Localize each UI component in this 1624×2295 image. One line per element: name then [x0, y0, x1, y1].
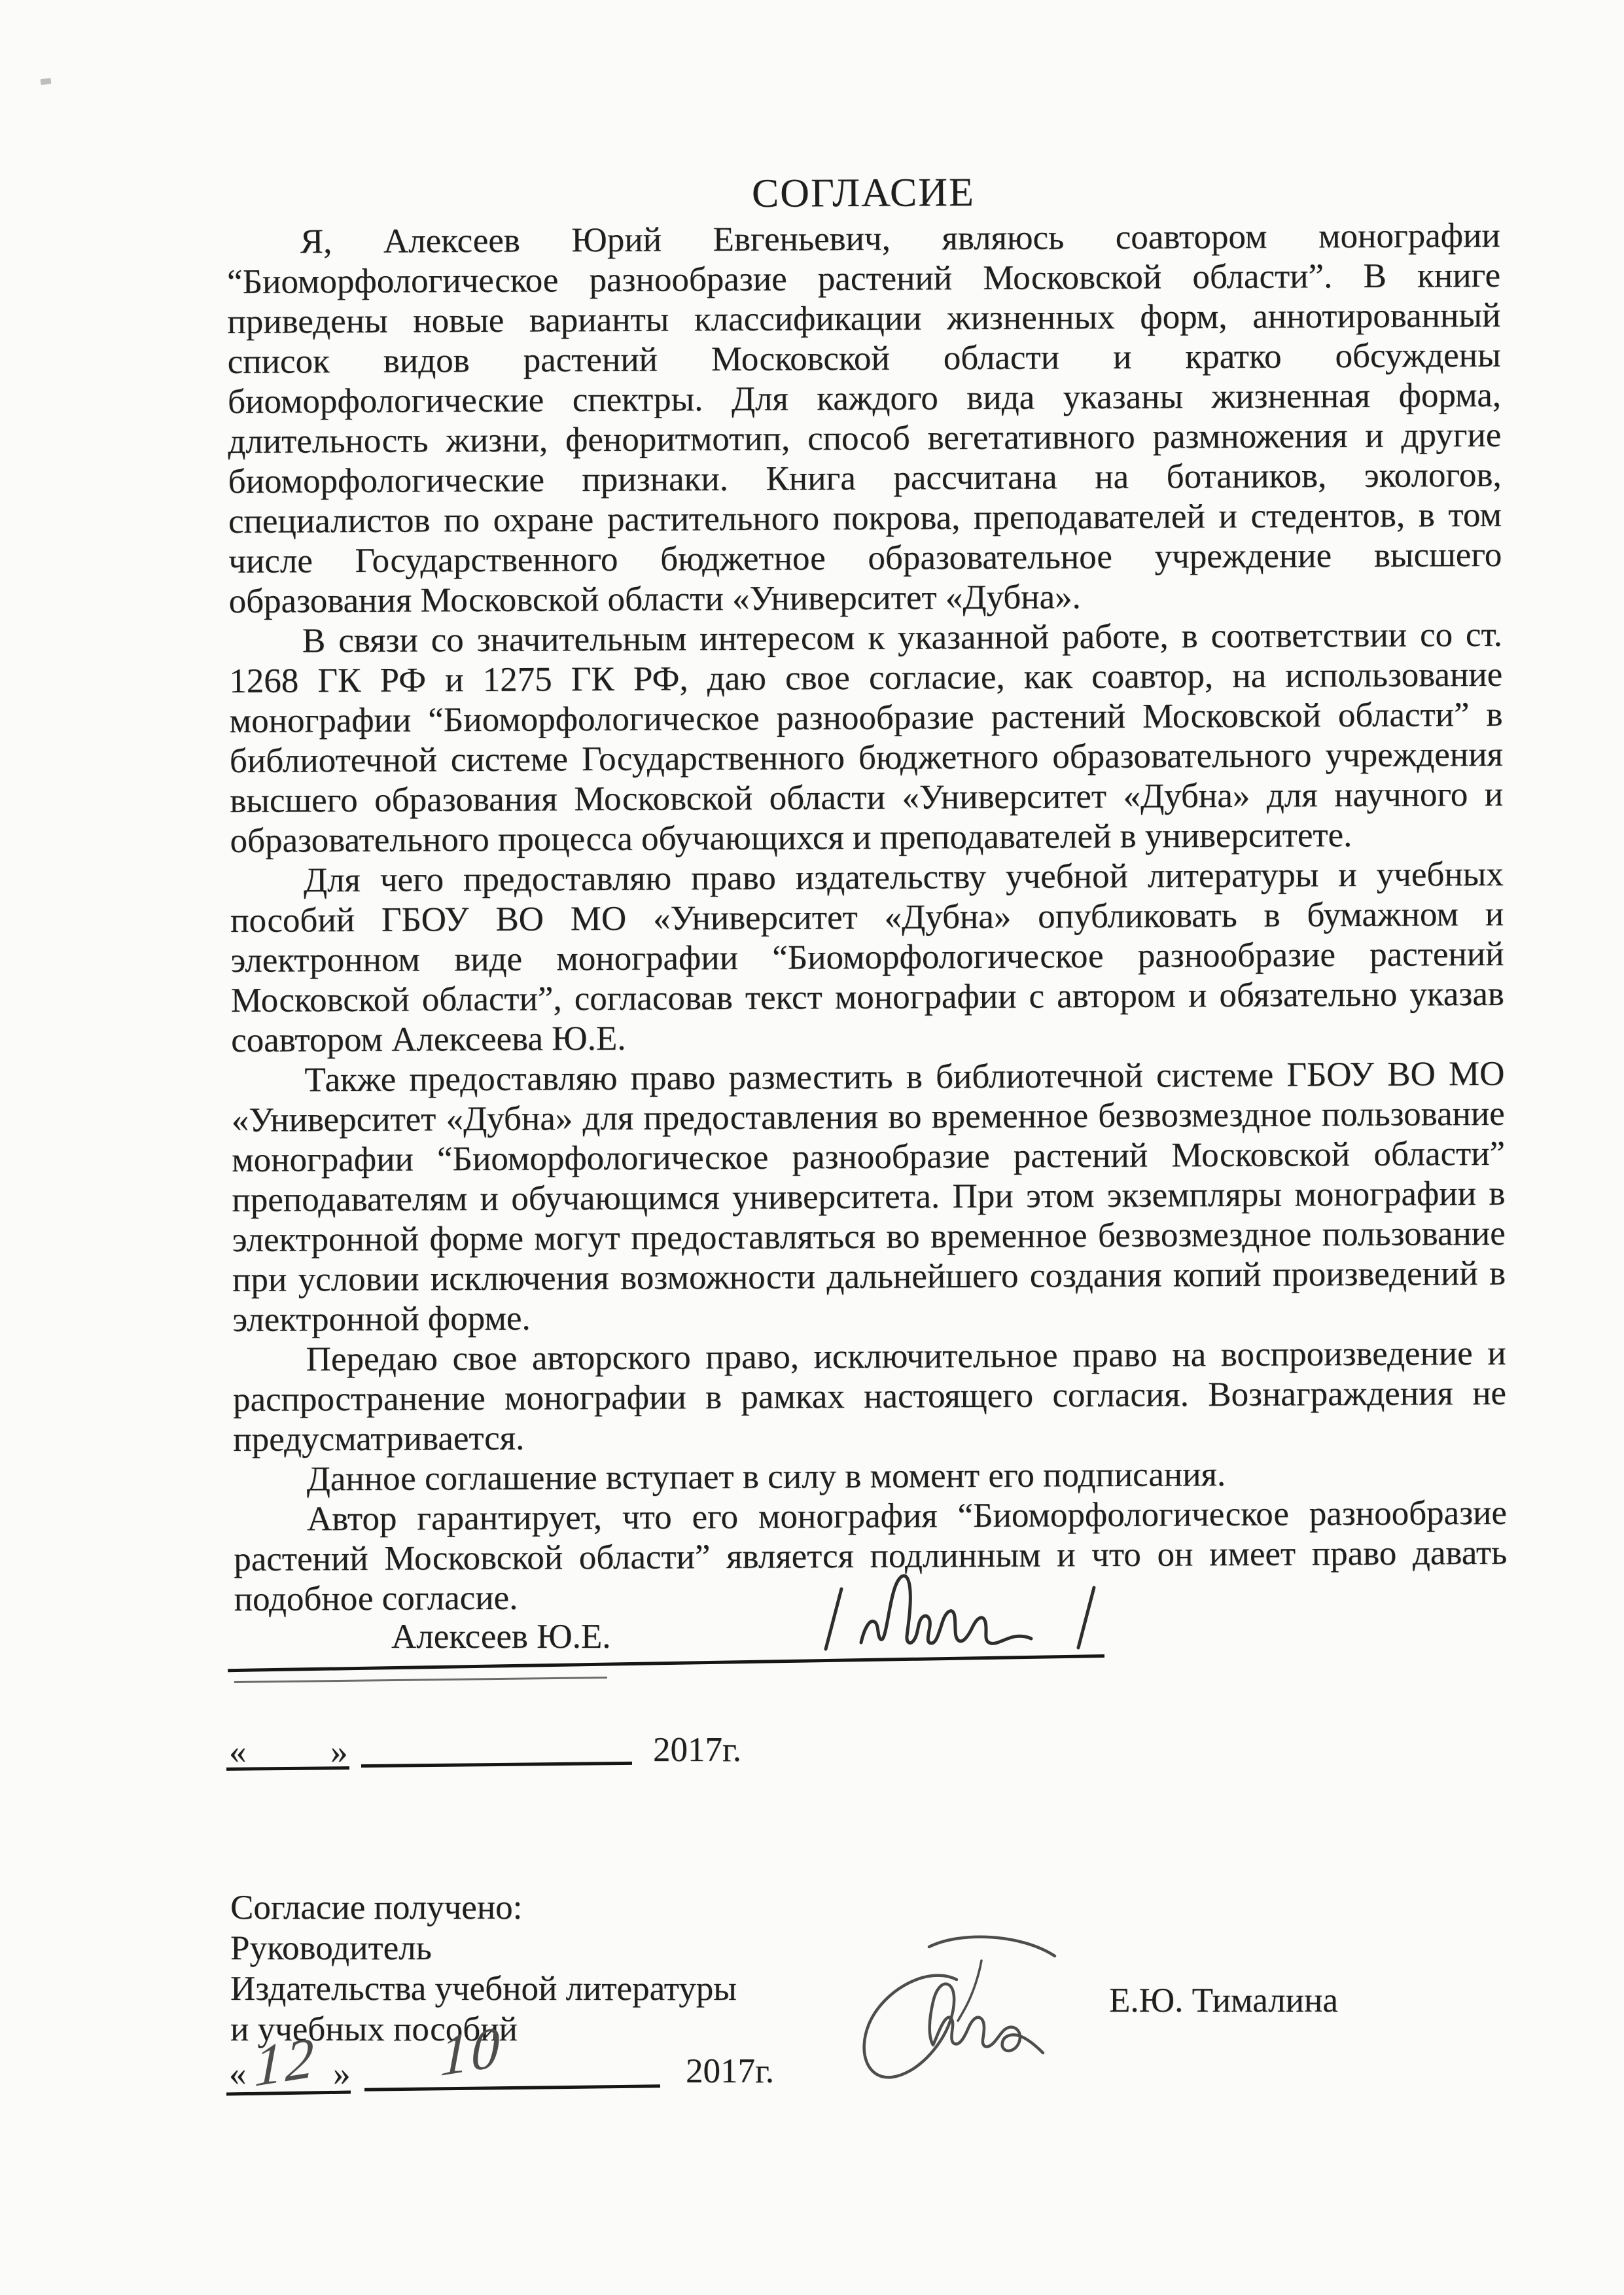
signature-slash-left — [826, 1589, 841, 1649]
document-body: СОГЛАСИЕ Я, Алексеев Юрий Евгеньевич, яв… — [226, 169, 1508, 1620]
paragraph-intro: Я, Алексеев Юрий Евгеньевич, являюсь соа… — [227, 216, 1502, 622]
received-role-line-2: Издательства учебной литературы — [230, 1970, 737, 2008]
author-signature-line-echo — [234, 1677, 607, 1683]
paragraph-effective-date: Данное соглашение вступает в силу в моме… — [234, 1453, 1507, 1500]
author-date-close-quote: » — [330, 1733, 348, 1771]
paragraph-rights-transfer: Передаю свое авторского право, исключите… — [233, 1334, 1507, 1460]
signature-scribble — [861, 1576, 1031, 1643]
received-date-year-label: 2017г. — [686, 2052, 774, 2090]
author-date-year-label: 2017г. — [653, 1731, 741, 1769]
received-heading: Согласие получено: — [230, 1889, 522, 1927]
received-date-day-handwritten: 12 — [254, 2029, 317, 2097]
flourish-loop-and-letters — [864, 1976, 1043, 2078]
author-handwritten-signature — [803, 1565, 1104, 1670]
approver-name-label: Е.Ю. Тималина — [1109, 1982, 1338, 2019]
author-date-month-blank — [361, 1762, 632, 1768]
paragraph-library-right: Также предоставляю право разместить в би… — [231, 1054, 1506, 1340]
scan-speck — [40, 78, 51, 85]
approver-handwritten-signature — [849, 1893, 1065, 2090]
received-date-month-handwritten: 10 — [440, 2018, 503, 2086]
author-name-label: Алексеев Ю.Е. — [391, 1618, 611, 1656]
received-role-line-1: Руководитель — [230, 1929, 432, 1967]
scanned-consent-document: СОГЛАСИЕ Я, Алексеев Юрий Евгеньевич, яв… — [0, 0, 1624, 2295]
page-title: СОГЛАСИЕ — [226, 169, 1500, 217]
paragraph-publishing-right: Для чего предоставляю право издательству… — [230, 855, 1505, 1061]
flourish-stem — [958, 1961, 981, 2021]
received-date-close-quote: » — [333, 2055, 351, 2093]
paragraph-consent-basis: В связи со значительным интересом к указ… — [229, 615, 1504, 861]
received-date-month-blank — [364, 2084, 660, 2091]
flourish-top-bar — [929, 1937, 1055, 1956]
author-date-open-quote: « — [229, 1733, 247, 1771]
signature-slash-right — [1078, 1588, 1094, 1648]
received-date-open-quote: « — [229, 2055, 247, 2093]
